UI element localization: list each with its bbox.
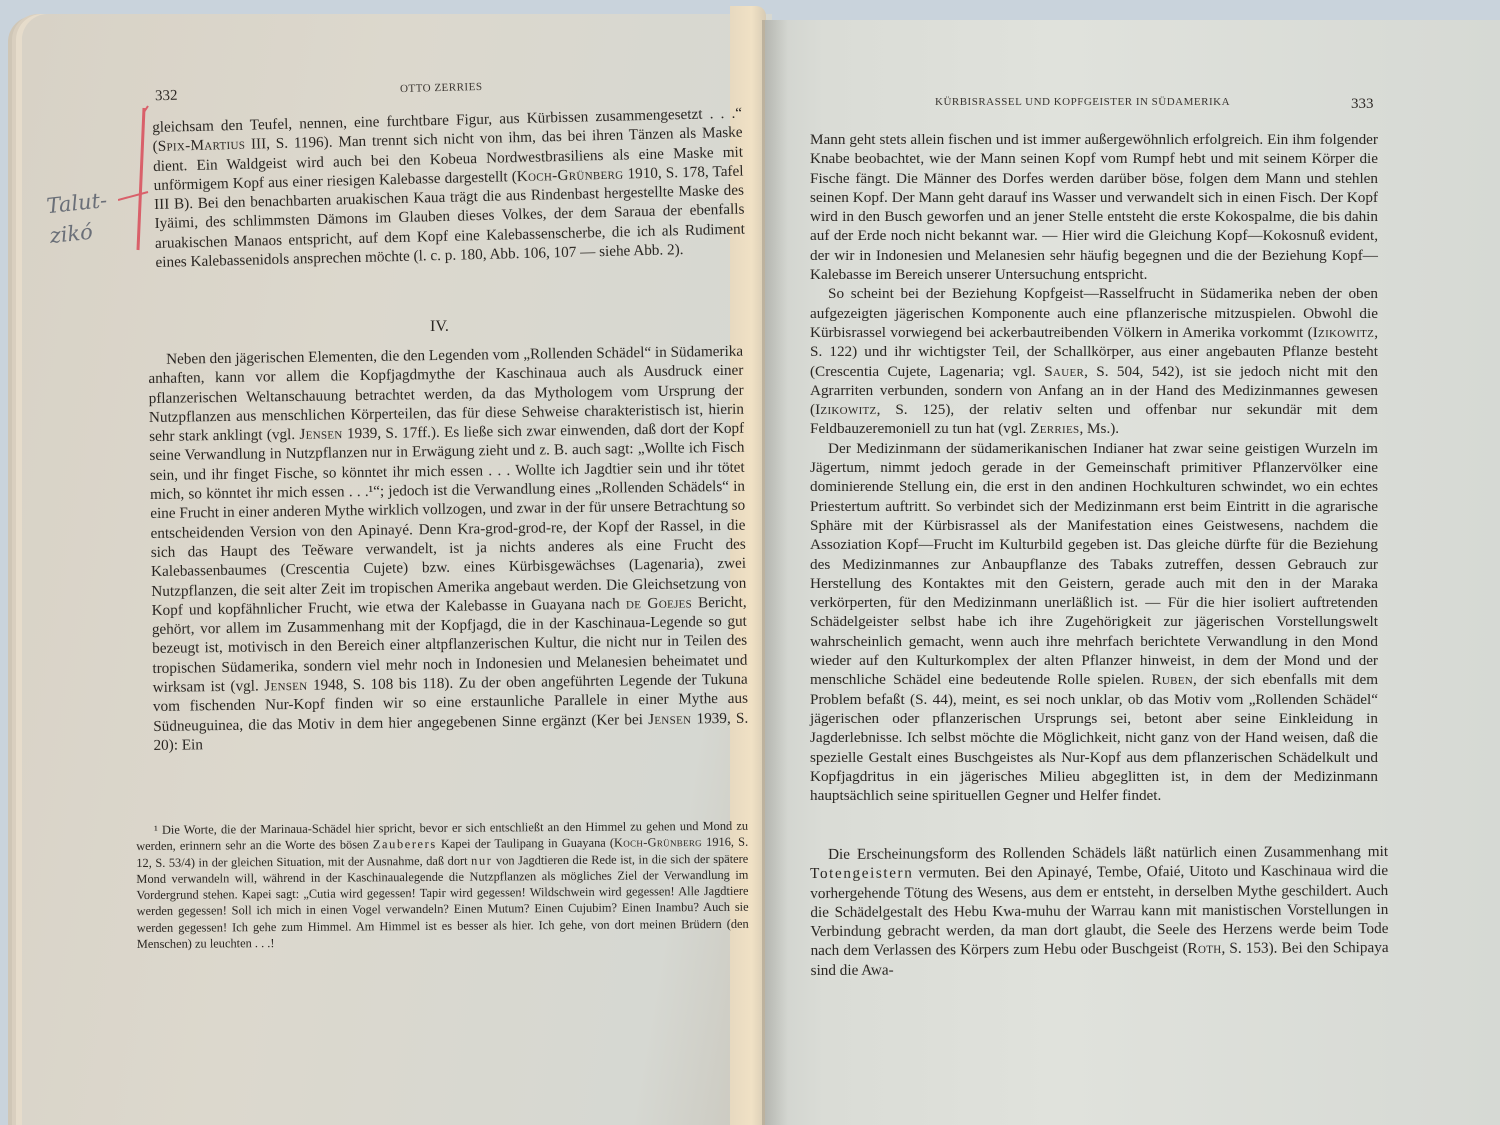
author-citation: Spix-Martius (158, 136, 246, 155)
author-citation: de Goejes (626, 594, 692, 612)
annotation-line-1: Talut- (45, 185, 108, 221)
text-run: So scheint bei der Beziehung Kopfgeist—R… (810, 285, 1378, 341)
text-run: Mann geht stets allein fischen und ist i… (810, 131, 1378, 283)
left-section-paragraph: Neben den jägerischen Elementen, die den… (148, 342, 749, 756)
left-continued-paragraph: gleichsam den Teufel, nennen, eine furch… (152, 104, 746, 273)
right-page-number: 333 (1351, 96, 1374, 113)
emphasis: Zauberers (373, 837, 437, 851)
author-citation: Koch-Grünberg (614, 835, 702, 850)
author-citation: Izikowitz (815, 401, 877, 418)
text-run: , der sich ebenfalls mit dem Problem bef… (810, 671, 1378, 804)
author-citation: Ruben (1151, 671, 1193, 688)
text-run: Kapei der Taulipang in Guayana ( (437, 836, 614, 851)
author-citation: Jensen (299, 425, 342, 443)
right-body: Mann geht stets allein fischen und ist i… (810, 130, 1378, 805)
author-citation: Jensen (264, 677, 307, 695)
text-run: Die Erscheinungsform des Rollenden Schäd… (828, 843, 1388, 863)
paragraph: Der Medizinmann der südamerikanischen In… (810, 439, 1378, 806)
emphasis: nur (471, 853, 492, 867)
author-citation: Izikowitz (1313, 324, 1375, 341)
author-citation: Koch-Grünberg (517, 165, 624, 185)
author-citation: Roth (1187, 940, 1221, 957)
author-citation: Zerries (1030, 420, 1079, 437)
paragraph: Die Erscheinungsform des Rollenden Schäd… (810, 842, 1389, 980)
right-running-head: KÜRBISRASSEL UND KOPFGEISTER IN SÜDAMERI… (935, 96, 1230, 108)
text-run: 1939, S. 17ff.). Es ließe sich zwar einw… (149, 420, 746, 619)
section-heading: IV. (430, 318, 449, 336)
left-page-number: 332 (155, 88, 178, 106)
gutter-shadow (762, 20, 788, 1125)
handwritten-annotation: Talut- zikó (45, 185, 112, 251)
emphasis: Totengeistern (810, 865, 913, 883)
right-last-paragraph: Die Erscheinungsform des Rollenden Schäd… (810, 842, 1389, 980)
book-spread: 332 OTTO ZERRIES Talut- zikó gleichsam d… (0, 0, 1500, 1125)
paragraph: So scheint bei der Beziehung Kopfgeist—R… (810, 284, 1378, 438)
text-run: , Ms.). (1079, 420, 1119, 437)
text-run: Der Medizinmann der südamerikanischen In… (810, 440, 1378, 689)
author-citation: Sauer (1044, 363, 1084, 380)
paragraph: Mann geht stets allein fischen und ist i… (810, 130, 1378, 284)
annotation-line-2: zikó (48, 215, 111, 251)
author-citation: Jensen (648, 710, 691, 728)
left-running-head: OTTO ZERRIES (400, 81, 483, 95)
footnote: ¹ Die Worte, die der Marinaua-Schädel hi… (136, 818, 749, 953)
